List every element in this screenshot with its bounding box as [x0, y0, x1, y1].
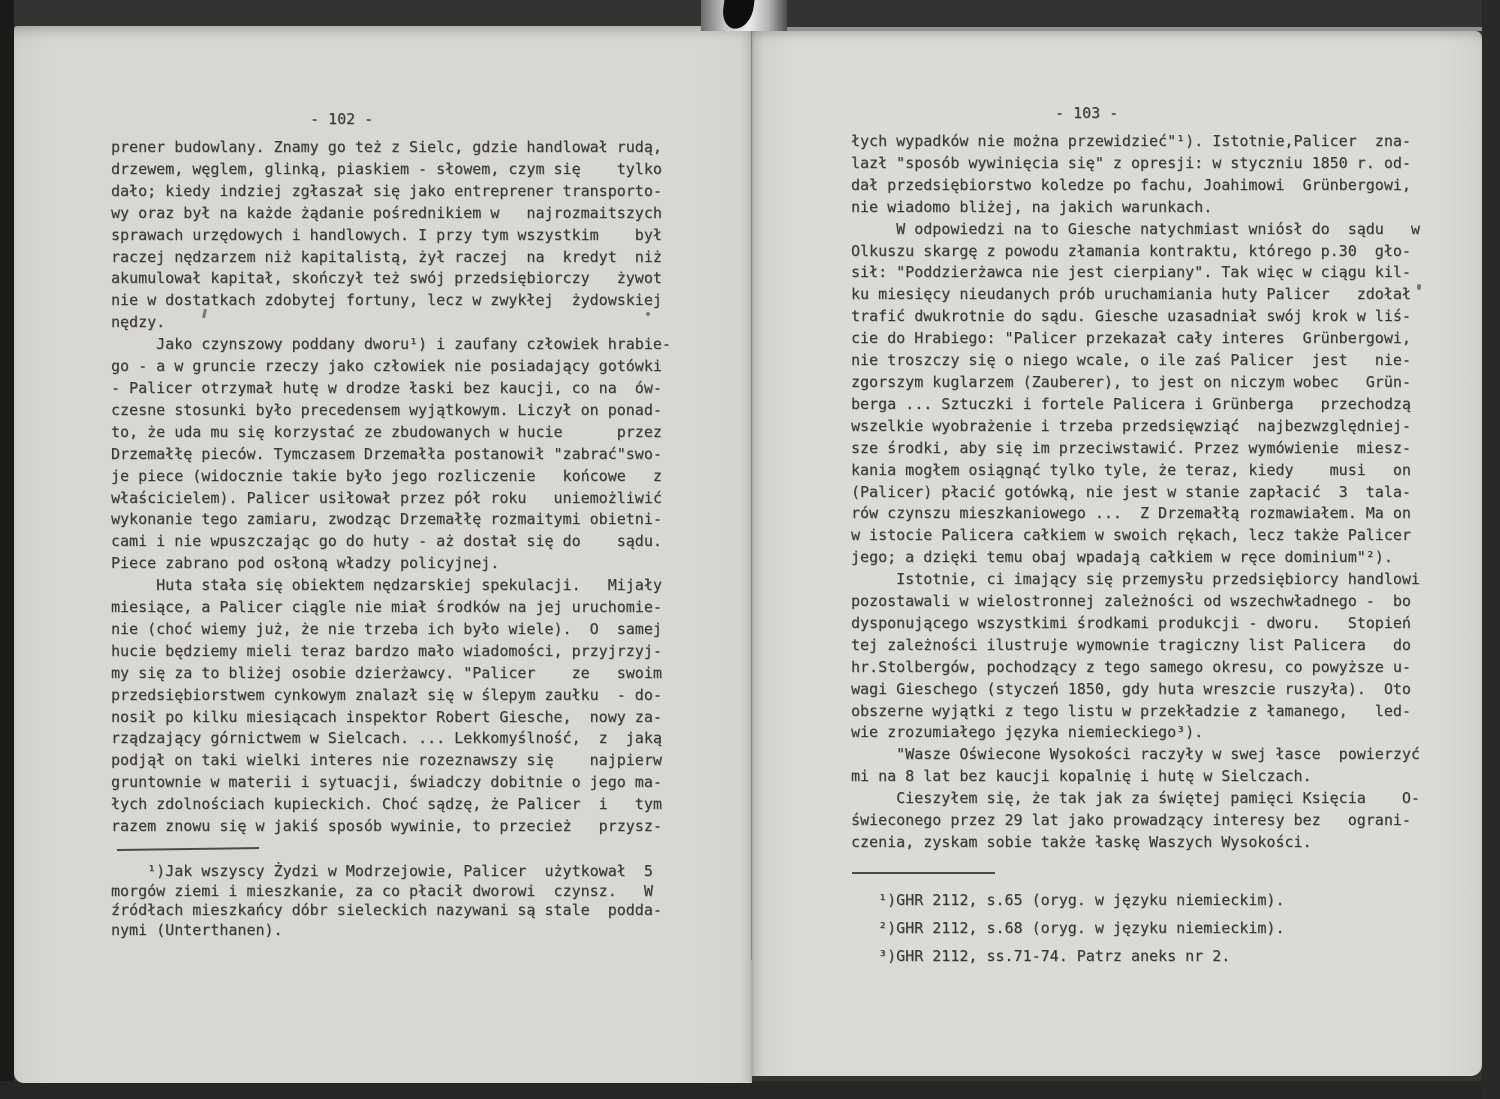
text-line: my się za to bliżej osobie dzierżawcy. "…	[111, 663, 671, 685]
text-line: je piece (widocznie takie było jego rozl…	[111, 466, 671, 488]
text-line: mi na 8 lat bez kaucji kopalnię i hutę w…	[851, 766, 1420, 788]
text-line: nie w dostatkach zdobytej fortuny, lecz …	[111, 290, 671, 312]
text-line: miesiące, a Palicer ciągle nie miał środ…	[111, 597, 671, 619]
text-line: zgorszym kuglarzem (Zauberer), to jest o…	[851, 372, 1420, 394]
text-line: akumulował kapitał, skończył też swój pr…	[111, 268, 671, 290]
text-line: dało; kiedy indziej zgłaszał się jako en…	[111, 181, 671, 203]
binder-clip-shadow	[721, 0, 755, 31]
text-line: kania mogłem osiągnąć tylko tyle, że ter…	[851, 460, 1420, 482]
text-line: ¹)GHR 2112, s.65 (oryg. w języku niemiec…	[851, 886, 1284, 914]
text-line: czesne stosunki było precedensem wyjątko…	[111, 400, 671, 422]
text-line: nie (choć wiemy już, że nie trzeba ich b…	[111, 619, 671, 641]
text-line: hucie będziemy mieli teraz bardzo mało w…	[111, 641, 671, 663]
text-line: Istotnie, ci imający się przemysłu przed…	[851, 569, 1420, 591]
text-line: czenia, zyskam sobie także łaskę Waszych…	[851, 832, 1420, 854]
text-line: dał przedsiębiorstwo koledze po fachu, J…	[851, 175, 1420, 197]
text-line: lazł "sposób wywinięcia się" z opresji: …	[851, 153, 1420, 175]
text-line: razem znowu się w jakiś sposób wywinie, …	[111, 816, 671, 838]
text-line: przedsiębiorstwem cynkowym znalazł się w…	[111, 685, 671, 707]
text-line: (Palicer) płacić gotówką, nie jest w sta…	[851, 482, 1420, 504]
page-number-102: - 102 -	[310, 108, 373, 130]
scanner-background-bottom	[0, 1081, 1500, 1099]
text-line: prener budowlany. Znamy go też z Sielc, …	[111, 137, 671, 159]
text-line: sił: "Poddzierżawca nie jest cierpiany".…	[851, 262, 1420, 284]
scanner-background-right	[1482, 0, 1500, 1099]
text-line: świeconego przez 29 lat jako prowadzący …	[851, 810, 1420, 832]
text-line: sprawach urzędowych i handlowych. I przy…	[111, 225, 671, 247]
text-line: - Palicer otrzymał hutę w drodze łaski b…	[111, 378, 671, 400]
text-line: ³)GHR 2112, ss.71-74. Patrz aneks nr 2.	[851, 942, 1284, 970]
text-line: tej zależności ilustruje wymownie tragic…	[851, 635, 1420, 657]
text-line: morgów ziemi i mieszkanie, za co płacił …	[111, 882, 662, 902]
scanner-edge-left-strip	[0, 0, 14, 1099]
text-line: wie zrozumiałego języka niemieckiego³).	[851, 722, 1420, 744]
page-103-footnotes: ¹)GHR 2112, s.65 (oryg. w języku niemiec…	[851, 886, 1284, 970]
text-line: rów czynszu mieszkaniowego ... Z Drzemał…	[851, 503, 1420, 525]
text-line: łych zdolnościach kupieckich. Choć sądzę…	[111, 794, 671, 816]
text-line: Cieszyłem się, że tak jak za świętej pam…	[851, 788, 1420, 810]
text-line: Olkuszu skargę z powodu złamania kontrak…	[851, 241, 1420, 263]
text-line: łych wypadków nie można przewidzieć"¹). …	[851, 131, 1420, 153]
text-line: wykonanie tego zamiaru, zwodząc Drzemałł…	[111, 509, 671, 531]
text-line: "Wasze Oświecone Wysokości raczyły w swe…	[851, 744, 1420, 766]
book-gutter-line	[751, 30, 752, 960]
text-line: go - a w gruncie rzeczy jako człowiek ni…	[111, 356, 671, 378]
text-line: W odpowiedzi na to Giesche natychmiast w…	[851, 219, 1420, 241]
page-102-footnotes: ¹)Jak wszyscy Żydzi w Modrzejowie, Palic…	[111, 862, 662, 940]
text-line: Huta stała się obiektem nędzarskiej spek…	[111, 575, 671, 597]
text-line: wagi Gieschego (styczeń 1850, gdy huta w…	[851, 679, 1420, 701]
text-line: cami i nie wpuszczając go do huty - aż d…	[111, 531, 671, 553]
text-line: podjął on taki wielki interes nie rozezn…	[111, 750, 671, 772]
text-line: w istocie Palicera całkiem w swoich ręka…	[851, 525, 1420, 547]
page-103-body-text: łych wypadków nie można przewidzieć"¹). …	[851, 131, 1420, 854]
text-line: ¹)Jak wszyscy Żydzi w Modrzejowie, Palic…	[111, 862, 662, 882]
book-gutter	[740, 26, 764, 1082]
text-line: raczej nędzarzem niż kapitalistą, żył ra…	[111, 247, 671, 269]
text-line: ku miesięcy nieudanych prób uruchamiania…	[851, 284, 1420, 306]
text-line: nędzy.	[111, 312, 671, 334]
text-line: nosił po kilku miesiącach inspektor Robe…	[111, 707, 671, 729]
page-number-103: - 103 -	[1055, 102, 1118, 124]
text-line: nie troszczy się o niego wcale, o ile za…	[851, 350, 1420, 372]
text-line: sze środki, aby się im przeciwstawić. Pr…	[851, 438, 1420, 460]
page-top-edge-highlight	[756, 27, 1482, 31]
text-line: Piece zabrano pod osłoną władzy policyjn…	[111, 553, 671, 575]
text-line: pozostawali w wielostronnej zależności o…	[851, 591, 1420, 613]
text-line: cie do Hrabiego: "Palicer przekazał cały…	[851, 328, 1420, 350]
stray-mark	[1417, 284, 1421, 290]
text-line: ²)GHR 2112, s.68 (oryg. w języku niemiec…	[851, 914, 1284, 942]
binder-clip	[701, 0, 787, 31]
text-line: hr.Stolbergów, pochodzący z tego samego …	[851, 657, 1420, 679]
text-line: wy oraz był na każde żądanie pośrednikie…	[111, 203, 671, 225]
text-line: Drzemałłę pieców. Tymczasem Drzemałła po…	[111, 444, 671, 466]
text-line: źródłach mieszkańcy dóbr sieleckich nazy…	[111, 901, 662, 921]
text-line: dysponującego wszystkimi środkami produk…	[851, 613, 1420, 635]
text-line: berga ... Sztuczki i fortele Palicera i …	[851, 394, 1420, 416]
text-line: jego; a dzięki temu obaj wpadają całkiem…	[851, 547, 1420, 569]
page-102-body-text: prener budowlany. Znamy go też z Sielc, …	[111, 137, 671, 838]
text-line: nymi (Unterthanen).	[111, 921, 662, 941]
footnote-separator-right	[852, 872, 995, 874]
text-line: gruntownie w materii i sytuacji, świadcz…	[111, 772, 671, 794]
text-line: to, że uda mu się korzystać ze zbudowany…	[111, 422, 671, 444]
text-line: wszelkie wyobrażenie i trzeba przedsięwz…	[851, 416, 1420, 438]
scanned-book-spread: - 102 - prener budowlany. Znamy go też z…	[0, 0, 1500, 1099]
text-line: drzewem, węglem, glinką, piaskiem - słow…	[111, 159, 671, 181]
text-line: rządzający górnictwem w Sielcach. ... Le…	[111, 728, 671, 750]
text-line: obszerne wyjątki z tego listu w przekład…	[851, 701, 1420, 723]
text-line: właścicielem). Palicer usiłował przez pó…	[111, 488, 671, 510]
text-line: nie wiadomo bliżej, na jakich warunkach.	[851, 197, 1420, 219]
stray-mark	[646, 312, 650, 316]
text-line: Jako czynszowy poddany dworu¹) i zaufany…	[111, 334, 671, 356]
text-line: trafić dwukrotnie do sądu. Giesche uzasa…	[851, 306, 1420, 328]
